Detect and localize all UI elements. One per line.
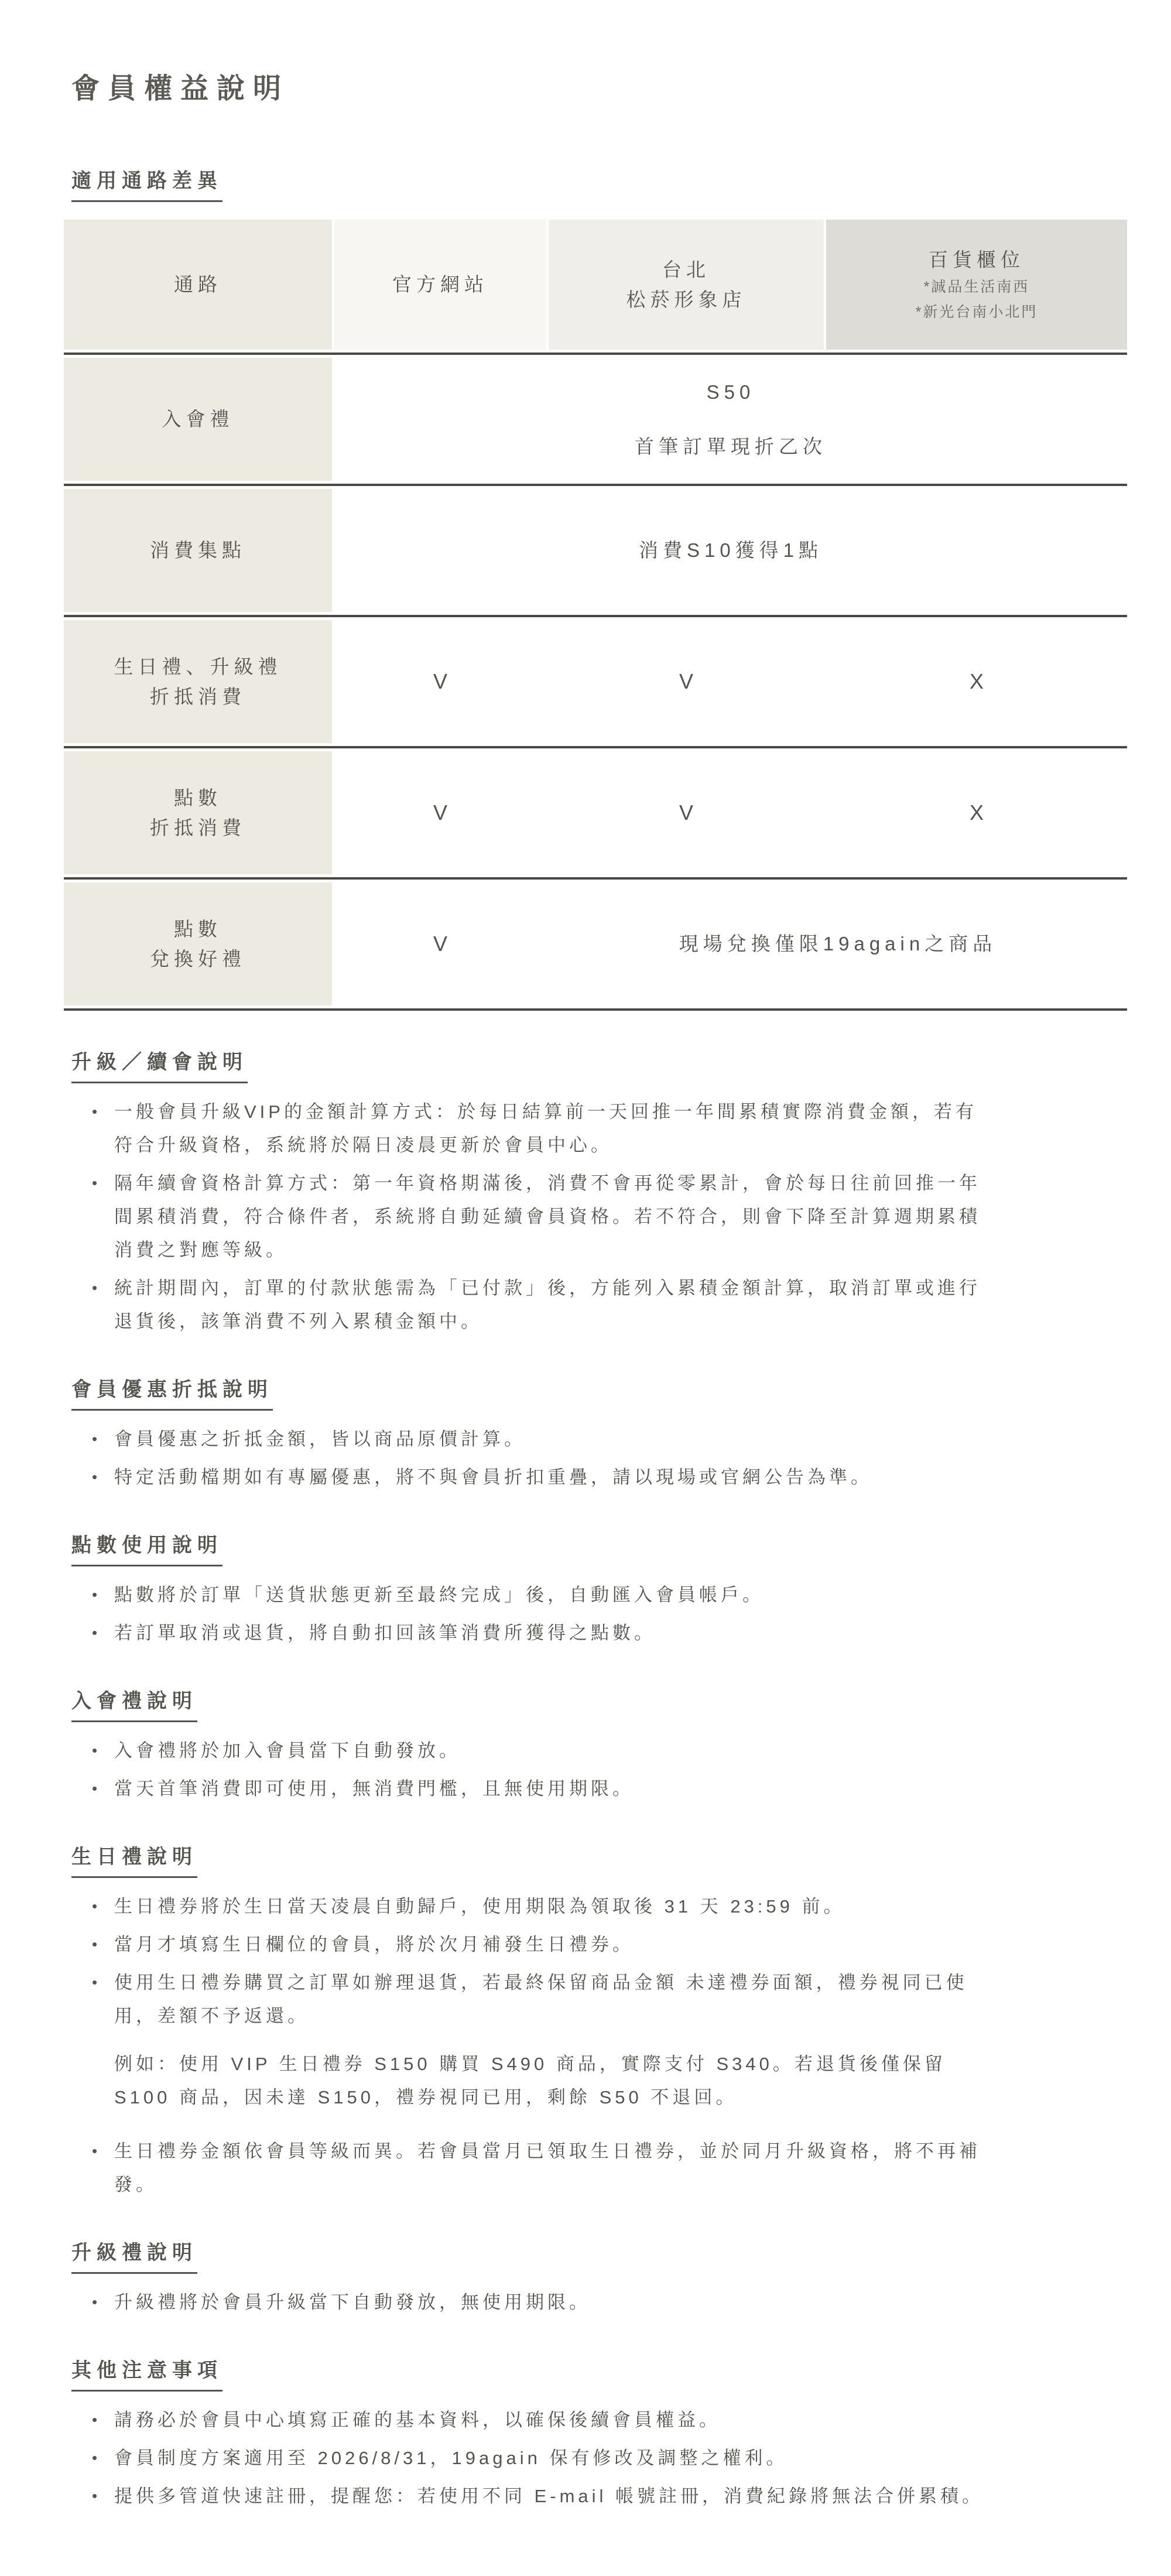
header-counter-title: 百貨櫃位	[929, 245, 1025, 275]
gift-deduct-label-line1: 生日禮、升級禮	[114, 652, 282, 682]
gift-deduct-counter-mark: X	[826, 620, 1127, 743]
section-heading-wrap: 入會禮說明	[71, 1685, 1171, 1722]
join-gift-desc: 首筆訂單現折乙次	[635, 432, 827, 461]
points-deduct-label-line2: 折抵消費	[150, 813, 246, 843]
section-heading: 點數使用說明	[71, 1529, 222, 1566]
table-rule	[64, 877, 1127, 880]
bullet-list: 一般會員升級VIP的金額計算方式：於每日結算前一天回推一年間累積實際消費金額，若…	[0, 1095, 995, 1338]
bullet-item: 生日禮券金額依會員等級而異。若會員當月已領取生日禮券，並於同月升級資格，將不再補…	[114, 2134, 995, 2201]
section-heading: 入會禮說明	[71, 1685, 197, 1722]
section-heading-wrap: 升級／續會說明	[71, 1046, 1171, 1083]
points-deduct-counter-mark: X	[826, 751, 1127, 874]
bullet-item: 隔年續會資格計算方式：第一年資格期滿後，消費不會再從零累計，會於每日往前回推一年…	[114, 1166, 995, 1267]
header-store-line1: 台北	[662, 255, 710, 285]
header-cell-counter: 百貨櫃位 *誠品生活南西 *新光台南小北門	[826, 220, 1127, 350]
table-section-heading: 適用通路差異	[71, 165, 222, 202]
bullet-item: 入會禮將於加入會員當下自動發放。	[114, 1734, 995, 1767]
section-heading-wrap: 升級禮說明	[71, 2236, 1171, 2274]
table-header-row: 通路 官方網站 台北 松菸形象店 百貨櫃位 *誠品生活南西 *新光台南小北門	[64, 220, 1127, 350]
points-redeem-label-line2: 兌換好禮	[150, 944, 246, 974]
table-row-gift-deduct: 生日禮、升級禮 折抵消費 V V X	[64, 620, 1127, 743]
bullet-item: 提供多管道快速註冊，提醒您：若使用不同 E-mail 帳號註冊，消費紀錄將無法合…	[114, 2479, 995, 2513]
join-gift-amount: S50	[707, 377, 755, 407]
row-value-join-gift: S50 首筆訂單現折乙次	[334, 358, 1127, 481]
table-row-points-deduct: 點數 折抵消費 V V X	[64, 751, 1127, 874]
bullet-list: 會員優惠之折抵金額，皆以商品原價計算。 特定活動檔期如有專屬優惠，將不與會員折扣…	[0, 1422, 995, 1494]
bullet-item: 會員優惠之折抵金額，皆以商品原價計算。	[114, 1422, 995, 1456]
bullet-item: 特定活動檔期如有專屬優惠，將不與會員折扣重疊，請以現場或官網公告為準。	[114, 1460, 995, 1494]
section-heading: 會員優惠折抵說明	[71, 1373, 273, 1411]
header-counter-note1: *誠品生活南西	[924, 275, 1030, 300]
section-birthday-gift: 生日禮說明 生日禮券將於生日當天凌晨自動歸戶，使用期限為領取後 31 天 23:…	[0, 1841, 1171, 2201]
bullet-item: 一般會員升級VIP的金額計算方式：於每日結算前一天回推一年間累積實際消費金額，若…	[114, 1095, 995, 1162]
section-heading-wrap: 會員優惠折抵說明	[71, 1373, 1171, 1411]
bullet-item: 升級禮將於會員升級當下自動發放，無使用期限。	[114, 2286, 995, 2319]
table-rule	[64, 615, 1127, 617]
points-redeem-website-mark: V	[334, 882, 546, 1005]
row-label-points-earn: 消費集點	[64, 489, 332, 612]
points-deduct-website-mark: V	[334, 751, 546, 874]
header-cell-website: 官方網站	[334, 220, 546, 350]
bullet-list: 入會禮將於加入會員當下自動發放。 當天首筆消費即可使用，無消費門檻，且無使用期限…	[0, 1734, 995, 1805]
header-store-line2: 松菸形象店	[626, 285, 747, 314]
table-row-points-earn: 消費集點 消費S10獲得1點	[64, 489, 1127, 612]
points-redeem-label-line1: 點數	[174, 914, 222, 944]
points-deduct-store-mark: V	[549, 751, 824, 874]
row-value-points-earn: 消費S10獲得1點	[334, 489, 1127, 612]
bullet-list: 點數將於訂單「送貨狀態更新至最終完成」後，自動匯入會員帳戶。 若訂單取消或退貨，…	[0, 1578, 995, 1650]
gift-deduct-label-line2: 折抵消費	[150, 682, 246, 711]
bullet-list: 請務必於會員中心填寫正確的基本資料，以確保後續會員權益。 會員制度方案適用至 2…	[0, 2403, 995, 2513]
header-cell-store: 台北 松菸形象店	[549, 220, 824, 350]
bullet-item: 使用生日禮券購買之訂單如辦理退貨，若最終保留商品金額 未達禮券面額，禮券視同已使…	[114, 1966, 995, 2114]
row-label-points-deduct: 點數 折抵消費	[64, 751, 332, 874]
table-rule	[64, 353, 1127, 355]
points-redeem-store-counter-value: 現場兌換僅限19again之商品	[549, 882, 1127, 1005]
bullet-item: 生日禮券將於生日當天凌晨自動歸戶，使用期限為領取後 31 天 23:59 前。	[114, 1890, 995, 1923]
row-label-gift-deduct: 生日禮、升級禮 折抵消費	[64, 620, 332, 743]
table-section-heading-wrap: 適用通路差異	[71, 165, 1171, 202]
bullet-item: 會員制度方案適用至 2026/8/31，19again 保有修改及調整之權利。	[114, 2441, 995, 2475]
table-rule	[64, 746, 1127, 748]
table-row-points-redeem: 點數 兌換好禮 V 現場兌換僅限19again之商品	[64, 882, 1127, 1005]
section-heading-wrap: 其他注意事項	[71, 2354, 1171, 2392]
bullet-item: 統計期間內，訂單的付款狀態需為「已付款」後，方能列入累積金額計算，取消訂單或進行…	[114, 1271, 995, 1338]
section-heading: 生日禮說明	[71, 1841, 197, 1878]
birthday-gift-example: 例如：使用 VIP 生日禮券 S150 購買 S490 商品，實際支付 S340…	[114, 2047, 995, 2114]
section-upgrade-renewal: 升級／續會說明 一般會員升級VIP的金額計算方式：於每日結算前一天回推一年間累積…	[0, 1046, 1171, 1338]
header-cell-channel: 通路	[64, 220, 332, 350]
section-heading: 其他注意事項	[71, 2354, 222, 2392]
header-counter-note2: *新光台南小北門	[916, 300, 1038, 325]
bullet-item: 若訂單取消或退貨，將自動扣回該筆消費所獲得之點數。	[114, 1616, 995, 1650]
section-heading-wrap: 生日禮說明	[71, 1841, 1171, 1878]
row-label-join-gift: 入會禮	[64, 358, 332, 481]
bullet-item: 點數將於訂單「送貨狀態更新至最終完成」後，自動匯入會員帳戶。	[114, 1578, 995, 1612]
section-heading: 升級禮說明	[71, 2236, 197, 2274]
section-heading-wrap: 點數使用說明	[71, 1529, 1171, 1566]
row-label-points-redeem: 點數 兌換好禮	[64, 882, 332, 1005]
bullet-item: 當月才填寫生日欄位的會員，將於次月補發生日禮券。	[114, 1928, 995, 1961]
membership-benefits-page: 會員權益說明 適用通路差異 通路 官方網站 台北 松菸形象店 百貨櫃位 *誠品生…	[0, 0, 1171, 2576]
section-join-gift: 入會禮說明 入會禮將於加入會員當下自動發放。 當天首筆消費即可使用，無消費門檻，…	[0, 1685, 1171, 1805]
bullet-item: 當天首筆消費即可使用，無消費門檻，且無使用期限。	[114, 1772, 995, 1805]
section-member-discount: 會員優惠折抵說明 會員優惠之折抵金額，皆以商品原價計算。 特定活動檔期如有專屬優…	[0, 1373, 1171, 1494]
points-deduct-label-line1: 點數	[174, 783, 222, 813]
bullet-item: 請務必於會員中心填寫正確的基本資料，以確保後續會員權益。	[114, 2403, 995, 2437]
bullet-list: 生日禮券將於生日當天凌晨自動歸戶，使用期限為領取後 31 天 23:59 前。 …	[0, 1890, 995, 2201]
table-rule	[64, 1008, 1127, 1011]
gift-deduct-store-mark: V	[549, 620, 824, 743]
table-row-join-gift: 入會禮 S50 首筆訂單現折乙次	[64, 358, 1127, 481]
bullet-list: 升級禮將於會員升級當下自動發放，無使用期限。	[0, 2286, 995, 2319]
section-other-notes: 其他注意事項 請務必於會員中心填寫正確的基本資料，以確保後續會員權益。 會員制度…	[0, 2354, 1171, 2513]
section-points-usage: 點數使用說明 點數將於訂單「送貨狀態更新至最終完成」後，自動匯入會員帳戶。 若訂…	[0, 1529, 1171, 1650]
section-heading: 升級／續會說明	[71, 1046, 248, 1083]
section-upgrade-gift: 升級禮說明 升級禮將於會員升級當下自動發放，無使用期限。	[0, 2236, 1171, 2319]
channel-comparison-table: 通路 官方網站 台北 松菸形象店 百貨櫃位 *誠品生活南西 *新光台南小北門 入…	[64, 220, 1127, 1011]
gift-deduct-website-mark: V	[334, 620, 546, 743]
page-title: 會員權益說明	[71, 66, 1171, 106]
table-rule	[64, 484, 1127, 486]
